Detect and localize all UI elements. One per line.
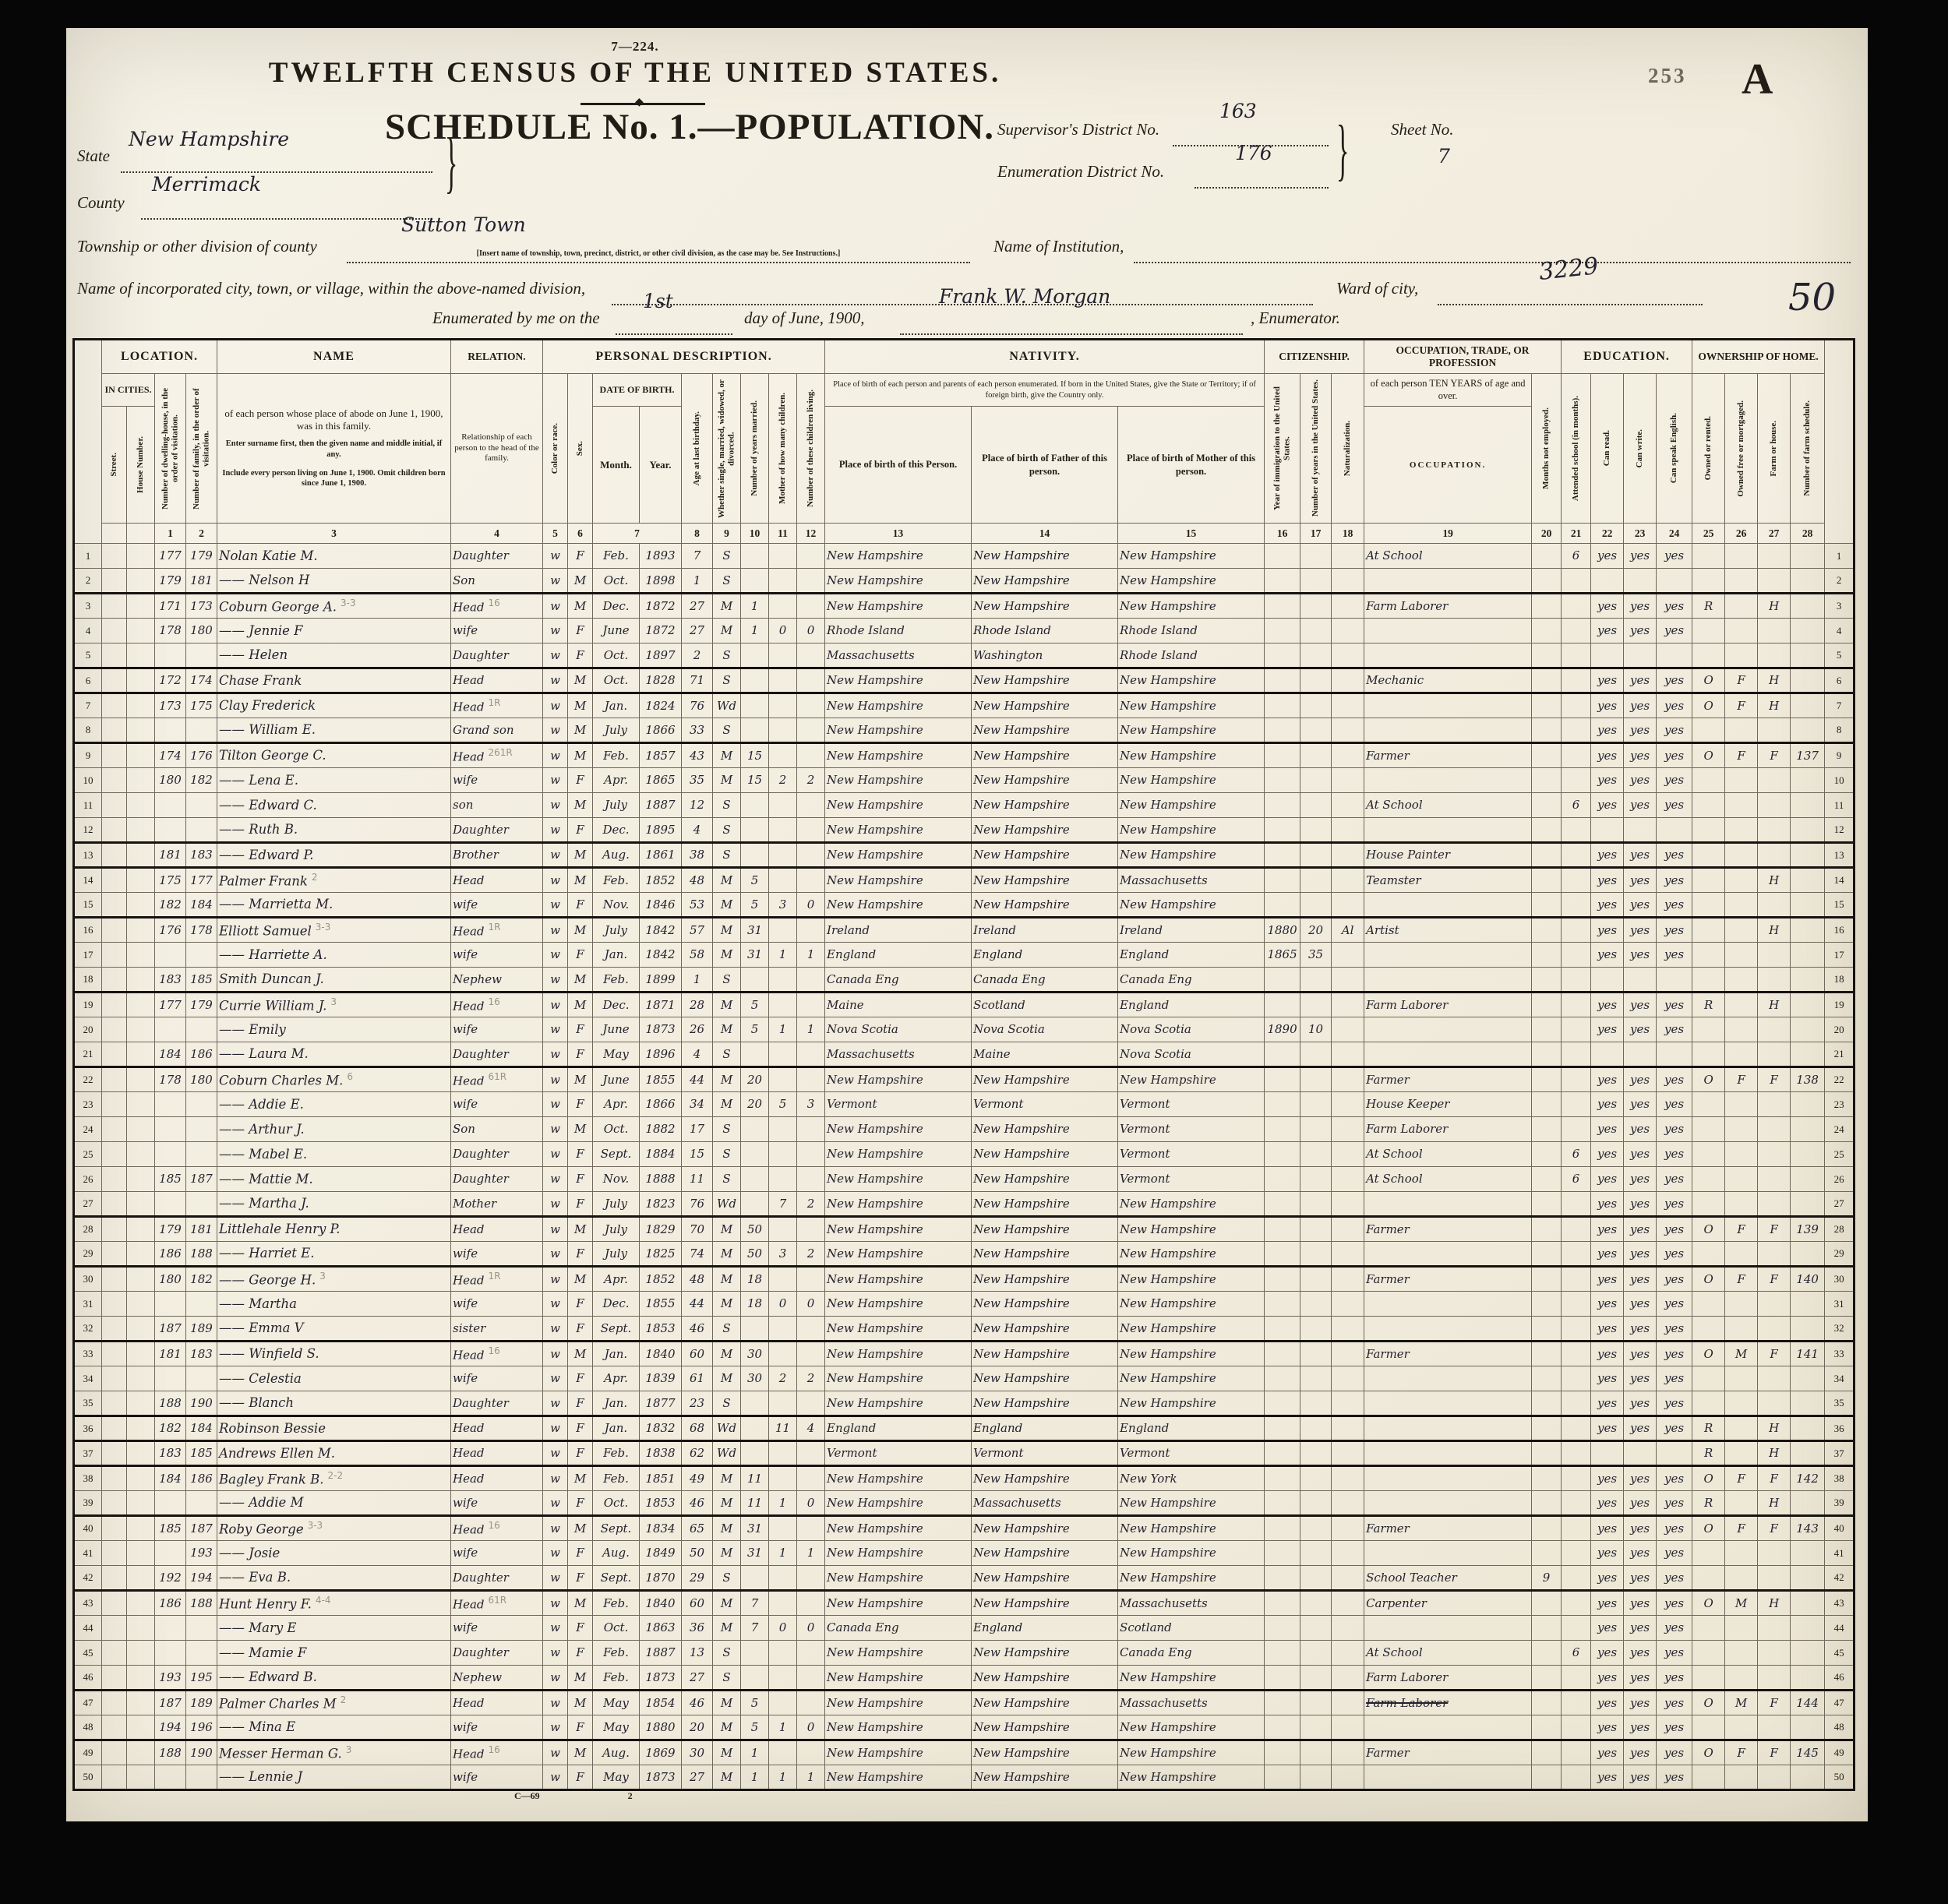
col-can-read-header: Can read.	[1591, 374, 1624, 524]
col-sch	[1562, 1192, 1591, 1217]
col-mar: M	[713, 1765, 741, 1790]
col-cl	[797, 1042, 825, 1067]
col-name: —— Mabel E.	[217, 1142, 451, 1167]
col-cl	[797, 1317, 825, 1342]
col-name: —— Martha J.	[217, 1192, 451, 1217]
col-fam: 187	[186, 1167, 217, 1192]
col-house	[127, 1616, 155, 1641]
line-number-left: 46	[74, 1666, 102, 1691]
col-rel: Head	[451, 668, 543, 693]
col-yus	[1300, 818, 1332, 843]
col-bp: Maine	[825, 993, 972, 1017]
col-mo: Apr.	[593, 1366, 640, 1391]
col-en: yes	[1657, 1391, 1692, 1416]
census-row: 37183185Andrews Ellen M.HeadwFFeb.183862…	[74, 1441, 1854, 1466]
col-name: —— Mattie M.	[217, 1167, 451, 1192]
col-yr: 1852	[640, 868, 682, 893]
col-sex: M	[568, 843, 593, 868]
col-mar: S	[713, 793, 741, 818]
col-bpm: New Hampshire	[1118, 1491, 1265, 1516]
col-cl: 0	[797, 1491, 825, 1516]
city-label: Name of incorporated city, town, or vill…	[77, 279, 585, 298]
col-yus	[1300, 668, 1332, 693]
enumerated-suffix: , Enumerator.	[1251, 309, 1340, 328]
col-yr: 1893	[640, 544, 682, 569]
col-mo: Oct.	[593, 643, 640, 668]
col-occ	[1364, 1292, 1532, 1317]
col-fs	[1791, 1715, 1825, 1740]
col-bpf: New Hampshire	[972, 693, 1118, 718]
col-street	[102, 1616, 127, 1641]
col-en: yes	[1657, 619, 1692, 643]
col-fs	[1791, 1292, 1825, 1317]
col-rd: yes	[1591, 1416, 1624, 1441]
col-race: w	[543, 1067, 568, 1092]
col-bp: New Hampshire	[825, 1541, 972, 1566]
col-yus	[1300, 843, 1332, 868]
col-mc	[769, 1117, 797, 1142]
col-race: w	[543, 943, 568, 968]
col-fam: 196	[186, 1715, 217, 1740]
col-bp: Ireland	[825, 918, 972, 943]
col-name: —— Helen	[217, 643, 451, 668]
col-sex: M	[568, 1666, 593, 1691]
col-nat	[1332, 993, 1364, 1017]
col-mar: S	[713, 1566, 741, 1591]
col-own	[1692, 1317, 1725, 1342]
col-house	[127, 843, 155, 868]
col-en	[1657, 1042, 1692, 1067]
census-row: 16176178Elliott Samuel3-3Head1RwMJuly184…	[74, 918, 1854, 943]
col-mo: June	[593, 619, 640, 643]
col-sch	[1562, 619, 1591, 643]
col-im	[1265, 1391, 1300, 1416]
stamp-number: 253	[1648, 64, 1687, 88]
col-wr: yes	[1624, 918, 1657, 943]
col-ym	[741, 1666, 769, 1691]
col-rd: yes	[1591, 1267, 1624, 1292]
col-fh	[1758, 619, 1791, 643]
col-wr: yes	[1624, 1691, 1657, 1715]
col-rel: Daughter	[451, 818, 543, 843]
col-nat	[1332, 1740, 1364, 1765]
col-fam: 195	[186, 1666, 217, 1691]
col-bpm: New Hampshire	[1118, 718, 1265, 743]
col-mc	[769, 843, 797, 868]
col-rd: yes	[1591, 1092, 1624, 1117]
col-wr: yes	[1624, 1391, 1657, 1416]
pencil-annotation: 1R	[489, 1271, 501, 1282]
col-wr: yes	[1624, 1342, 1657, 1366]
col-marital-header: Whether single, married, widowed, or div…	[713, 374, 741, 524]
col-cl: 3	[797, 1092, 825, 1117]
col-bpm: New Hampshire	[1118, 1292, 1265, 1317]
col-rd: yes	[1591, 1342, 1624, 1366]
col-ym: 5	[741, 868, 769, 893]
col-wr: yes	[1624, 1641, 1657, 1666]
occupation-subnote: of each person TEN YEARS of age and over…	[1364, 374, 1532, 407]
col-street	[102, 1765, 127, 1790]
col-bpf: England	[972, 1616, 1118, 1641]
col-yr: 1869	[640, 1740, 682, 1765]
col-wr: yes	[1624, 943, 1657, 968]
col-rd: yes	[1591, 1466, 1624, 1491]
col-rd: yes	[1591, 1167, 1624, 1192]
col-sch	[1562, 1042, 1591, 1067]
col-rd: yes	[1591, 619, 1624, 643]
col-nat	[1332, 1167, 1364, 1192]
col-bpf: New Hampshire	[972, 1192, 1118, 1217]
col-ym: 18	[741, 1267, 769, 1292]
col-age-header: Age at last birthday.	[682, 374, 713, 524]
pencil-annotation: 16	[489, 1744, 500, 1755]
col-en	[1657, 968, 1692, 993]
col-bpf: New Hampshire	[972, 1691, 1118, 1715]
col-sch: 6	[1562, 1167, 1591, 1192]
col-fam	[186, 793, 217, 818]
col-fm: F	[1725, 1740, 1758, 1765]
col-sch	[1562, 569, 1591, 594]
col-mc	[769, 818, 797, 843]
page-title: TWELFTH CENSUS OF THE UNITED STATES.	[113, 56, 1157, 90]
col-sex: F	[568, 1441, 593, 1466]
col-sex: F	[568, 1042, 593, 1067]
dob-header: DATE OF BIRTH.	[593, 374, 682, 407]
col-sch	[1562, 1416, 1591, 1441]
col-yus	[1300, 1391, 1332, 1416]
col-sex: M	[568, 868, 593, 893]
col-race: w	[543, 1167, 568, 1192]
col-fm	[1725, 1541, 1758, 1566]
col-house	[127, 743, 155, 768]
col-dw: 194	[155, 1715, 186, 1740]
col-bpm: England	[1118, 1416, 1265, 1441]
col-mar: Wd	[713, 693, 741, 718]
col-cl: 4	[797, 1416, 825, 1441]
line-number-right: 33	[1825, 1342, 1854, 1366]
col-street	[102, 1092, 127, 1117]
col-mc	[769, 569, 797, 594]
col-age: 28	[682, 993, 713, 1017]
col-dw	[155, 718, 186, 743]
line-number-left: 15	[74, 893, 102, 918]
col-rel: wife	[451, 943, 543, 968]
col-im	[1265, 619, 1300, 643]
col-sch	[1562, 594, 1591, 619]
col-name: Chase Frank	[217, 668, 451, 693]
col-en: yes	[1657, 1740, 1692, 1765]
col-occ: Farmer	[1364, 1267, 1532, 1292]
col-bpm: Scotland	[1118, 1616, 1265, 1641]
col-dw	[155, 1641, 186, 1666]
col-en	[1657, 569, 1692, 594]
col-dw: 175	[155, 868, 186, 893]
col-street	[102, 1541, 127, 1566]
col-rd: yes	[1591, 594, 1624, 619]
col-mne	[1532, 968, 1562, 993]
col-occ: Farm Laborer	[1364, 1691, 1532, 1715]
line-number-left: 26	[74, 1167, 102, 1192]
line-number-left: 3	[74, 594, 102, 619]
col-mne	[1532, 843, 1562, 868]
col-mc	[769, 1641, 797, 1666]
col-mne	[1532, 1092, 1562, 1117]
col-age: 4	[682, 818, 713, 843]
col-nat	[1332, 1342, 1364, 1366]
pencil-annotation: 2	[341, 1694, 347, 1705]
county-value: Merrimack	[152, 173, 261, 196]
col-en	[1657, 1441, 1692, 1466]
col-ym	[741, 1317, 769, 1342]
col-mc	[769, 1441, 797, 1466]
col-cl	[797, 793, 825, 818]
col-race: w	[543, 918, 568, 943]
col-bpf: New Hampshire	[972, 1117, 1118, 1142]
col-dw	[155, 1366, 186, 1391]
col-mo: Jan.	[593, 943, 640, 968]
line-number-right: 50	[1825, 1765, 1854, 1790]
col-fam	[186, 718, 217, 743]
col-yr: 1853	[640, 1491, 682, 1516]
institution-label: Name of Institution,	[993, 237, 1124, 256]
col-nat	[1332, 768, 1364, 793]
col-fm	[1725, 643, 1758, 668]
census-row: 43186188Hunt Henry F.4-4Head61RwMFeb.184…	[74, 1591, 1854, 1616]
col-im	[1265, 718, 1300, 743]
col-occ	[1364, 968, 1532, 993]
col-mne	[1532, 868, 1562, 893]
col-street	[102, 893, 127, 918]
col-sex: M	[568, 1067, 593, 1092]
col-mc	[769, 868, 797, 893]
col-street	[102, 1317, 127, 1342]
col-mar: M	[713, 918, 741, 943]
pencil-annotation: 3	[319, 1271, 326, 1282]
col-fm	[1725, 768, 1758, 793]
col-rel: Daughter	[451, 1167, 543, 1192]
col-fh	[1758, 1167, 1791, 1192]
col-dw: 181	[155, 843, 186, 868]
col-rel: Head16	[451, 594, 543, 619]
col-house	[127, 1541, 155, 1566]
col-race: w	[543, 1366, 568, 1391]
col-occ: At School	[1364, 1641, 1532, 1666]
col-im	[1265, 743, 1300, 768]
col-age: 76	[682, 693, 713, 718]
col-bp: Canada Eng	[825, 968, 972, 993]
col-mne	[1532, 793, 1562, 818]
col-bpf: New Hampshire	[972, 1641, 1118, 1666]
line-number-right: 35	[1825, 1391, 1854, 1416]
col-nat	[1332, 793, 1364, 818]
col-mc	[769, 1067, 797, 1092]
col-house	[127, 1242, 155, 1267]
col-own: O	[1692, 1516, 1725, 1541]
col-house	[127, 1217, 155, 1242]
col-sex: F	[568, 1142, 593, 1167]
col-bpf: New Hampshire	[972, 569, 1118, 594]
col-sch	[1562, 743, 1591, 768]
col-bp: New Hampshire	[825, 1167, 972, 1192]
col-mne	[1532, 1366, 1562, 1391]
col-rd: yes	[1591, 1067, 1624, 1092]
col-bp: New Hampshire	[825, 569, 972, 594]
title-rule	[581, 103, 705, 105]
col-house	[127, 868, 155, 893]
col-mo: June	[593, 1067, 640, 1092]
col-bpf: New Hampshire	[972, 743, 1118, 768]
col-street	[102, 718, 127, 743]
col-sex: M	[568, 1740, 593, 1765]
col-wr	[1624, 968, 1657, 993]
col-fm	[1725, 619, 1758, 643]
col-age: 27	[682, 1666, 713, 1691]
col-en: yes	[1657, 668, 1692, 693]
col-fm	[1725, 1292, 1758, 1317]
col-bpm: New Hampshire	[1118, 1242, 1265, 1267]
col-fh	[1758, 1042, 1791, 1067]
col-cl: 1	[797, 1017, 825, 1042]
col-nat	[1332, 693, 1364, 718]
col-nat	[1332, 1142, 1364, 1167]
col-street	[102, 1067, 127, 1092]
col-sex: M	[568, 1342, 593, 1366]
col-yus	[1300, 1366, 1332, 1391]
col-ym: 7	[741, 1591, 769, 1616]
col-age: 50	[682, 1541, 713, 1566]
col-bp: New Hampshire	[825, 1217, 972, 1242]
col-race: w	[543, 1691, 568, 1715]
col-name: —— Arthur J.	[217, 1117, 451, 1142]
col-yr: 1838	[640, 1441, 682, 1466]
col-en: yes	[1657, 918, 1692, 943]
col-house	[127, 1366, 155, 1391]
col-fs: 138	[1791, 1067, 1825, 1092]
col-race: w	[543, 569, 568, 594]
col-mo: Feb.	[593, 544, 640, 569]
plate-page: 2	[628, 1790, 633, 1801]
col-own: O	[1692, 693, 1725, 718]
col-street	[102, 1516, 127, 1541]
col-street	[102, 1242, 127, 1267]
col-wr: yes	[1624, 743, 1657, 768]
col-house	[127, 1117, 155, 1142]
col-race: w	[543, 594, 568, 619]
col-dw: 186	[155, 1591, 186, 1616]
col-mar: S	[713, 1167, 741, 1192]
col-rel: Daughter	[451, 1042, 543, 1067]
col-yus	[1300, 1616, 1332, 1641]
col-race: w	[543, 993, 568, 1017]
col-fs	[1791, 1017, 1825, 1042]
col-rel: Daughter	[451, 544, 543, 569]
col-fs	[1791, 768, 1825, 793]
masthead: 7—224. TWELFTH CENSUS OF THE UNITED STAT…	[66, 28, 1868, 338]
col-house	[127, 594, 155, 619]
col-mar: S	[713, 668, 741, 693]
col-age: 27	[682, 619, 713, 643]
line-number-left: 23	[74, 1092, 102, 1117]
col-mc	[769, 1466, 797, 1491]
col-rel: son	[451, 793, 543, 818]
col-yus: 10	[1300, 1017, 1332, 1042]
col-fam: 188	[186, 1591, 217, 1616]
col-sch	[1562, 1067, 1591, 1092]
col-ym: 20	[741, 1092, 769, 1117]
col-en: yes	[1657, 1715, 1692, 1740]
col-cl	[797, 1441, 825, 1466]
col-sch: 6	[1562, 1641, 1591, 1666]
col-sch	[1562, 918, 1591, 943]
col-age: 71	[682, 668, 713, 693]
col-dw: 171	[155, 594, 186, 619]
col-yus	[1300, 1342, 1332, 1366]
col-number-3: 3	[217, 524, 451, 544]
col-wr: yes	[1624, 1416, 1657, 1441]
col-mne	[1532, 1242, 1562, 1267]
col-yr: 1888	[640, 1167, 682, 1192]
col-sex: M	[568, 718, 593, 743]
col-dw	[155, 943, 186, 968]
col-street	[102, 1042, 127, 1067]
col-name: —— William E.	[217, 718, 451, 743]
line-number-left: 7	[74, 693, 102, 718]
col-street	[102, 993, 127, 1017]
census-row: 32187189—— Emma VsisterwFSept.185346SNew…	[74, 1317, 1854, 1342]
col-fs	[1791, 594, 1825, 619]
enumeration-value: 176	[1235, 142, 1272, 164]
col-occ: Farmer	[1364, 743, 1532, 768]
col-race: w	[543, 1217, 568, 1242]
col-age: 17	[682, 1117, 713, 1142]
col-number-16: 16	[1265, 524, 1300, 544]
col-yr: 1873	[640, 1765, 682, 1790]
col-yr: 1825	[640, 1242, 682, 1267]
col-house	[127, 1167, 155, 1192]
col-fam: 179	[186, 544, 217, 569]
col-yus	[1300, 1466, 1332, 1491]
col-fm	[1725, 1366, 1758, 1391]
col-mar: M	[713, 1591, 741, 1616]
col-im	[1265, 1740, 1300, 1765]
col-house	[127, 693, 155, 718]
col-occ	[1364, 943, 1532, 968]
township-value: Sutton Town	[401, 213, 526, 236]
col-bpf: New Hampshire	[972, 1292, 1118, 1317]
col-dw: 188	[155, 1391, 186, 1416]
col-sch	[1562, 1342, 1591, 1366]
col-mne	[1532, 569, 1562, 594]
enumeration-line	[1195, 168, 1329, 189]
col-age: 35	[682, 768, 713, 793]
col-house	[127, 1342, 155, 1366]
col-bpm: New Hampshire	[1118, 843, 1265, 868]
col-bp: New Hampshire	[825, 544, 972, 569]
col-dw	[155, 1192, 186, 1217]
col-mar: M	[713, 1491, 741, 1516]
col-fm	[1725, 793, 1758, 818]
col-ym: 1	[741, 619, 769, 643]
col-yr: 1866	[640, 718, 682, 743]
col-bpm: Rhode Island	[1118, 619, 1265, 643]
col-race: w	[543, 1391, 568, 1416]
col-dw: 178	[155, 619, 186, 643]
col-cl	[797, 1117, 825, 1142]
col-yus	[1300, 693, 1332, 718]
col-race: w	[543, 1591, 568, 1616]
col-ym	[741, 569, 769, 594]
col-fs	[1791, 868, 1825, 893]
